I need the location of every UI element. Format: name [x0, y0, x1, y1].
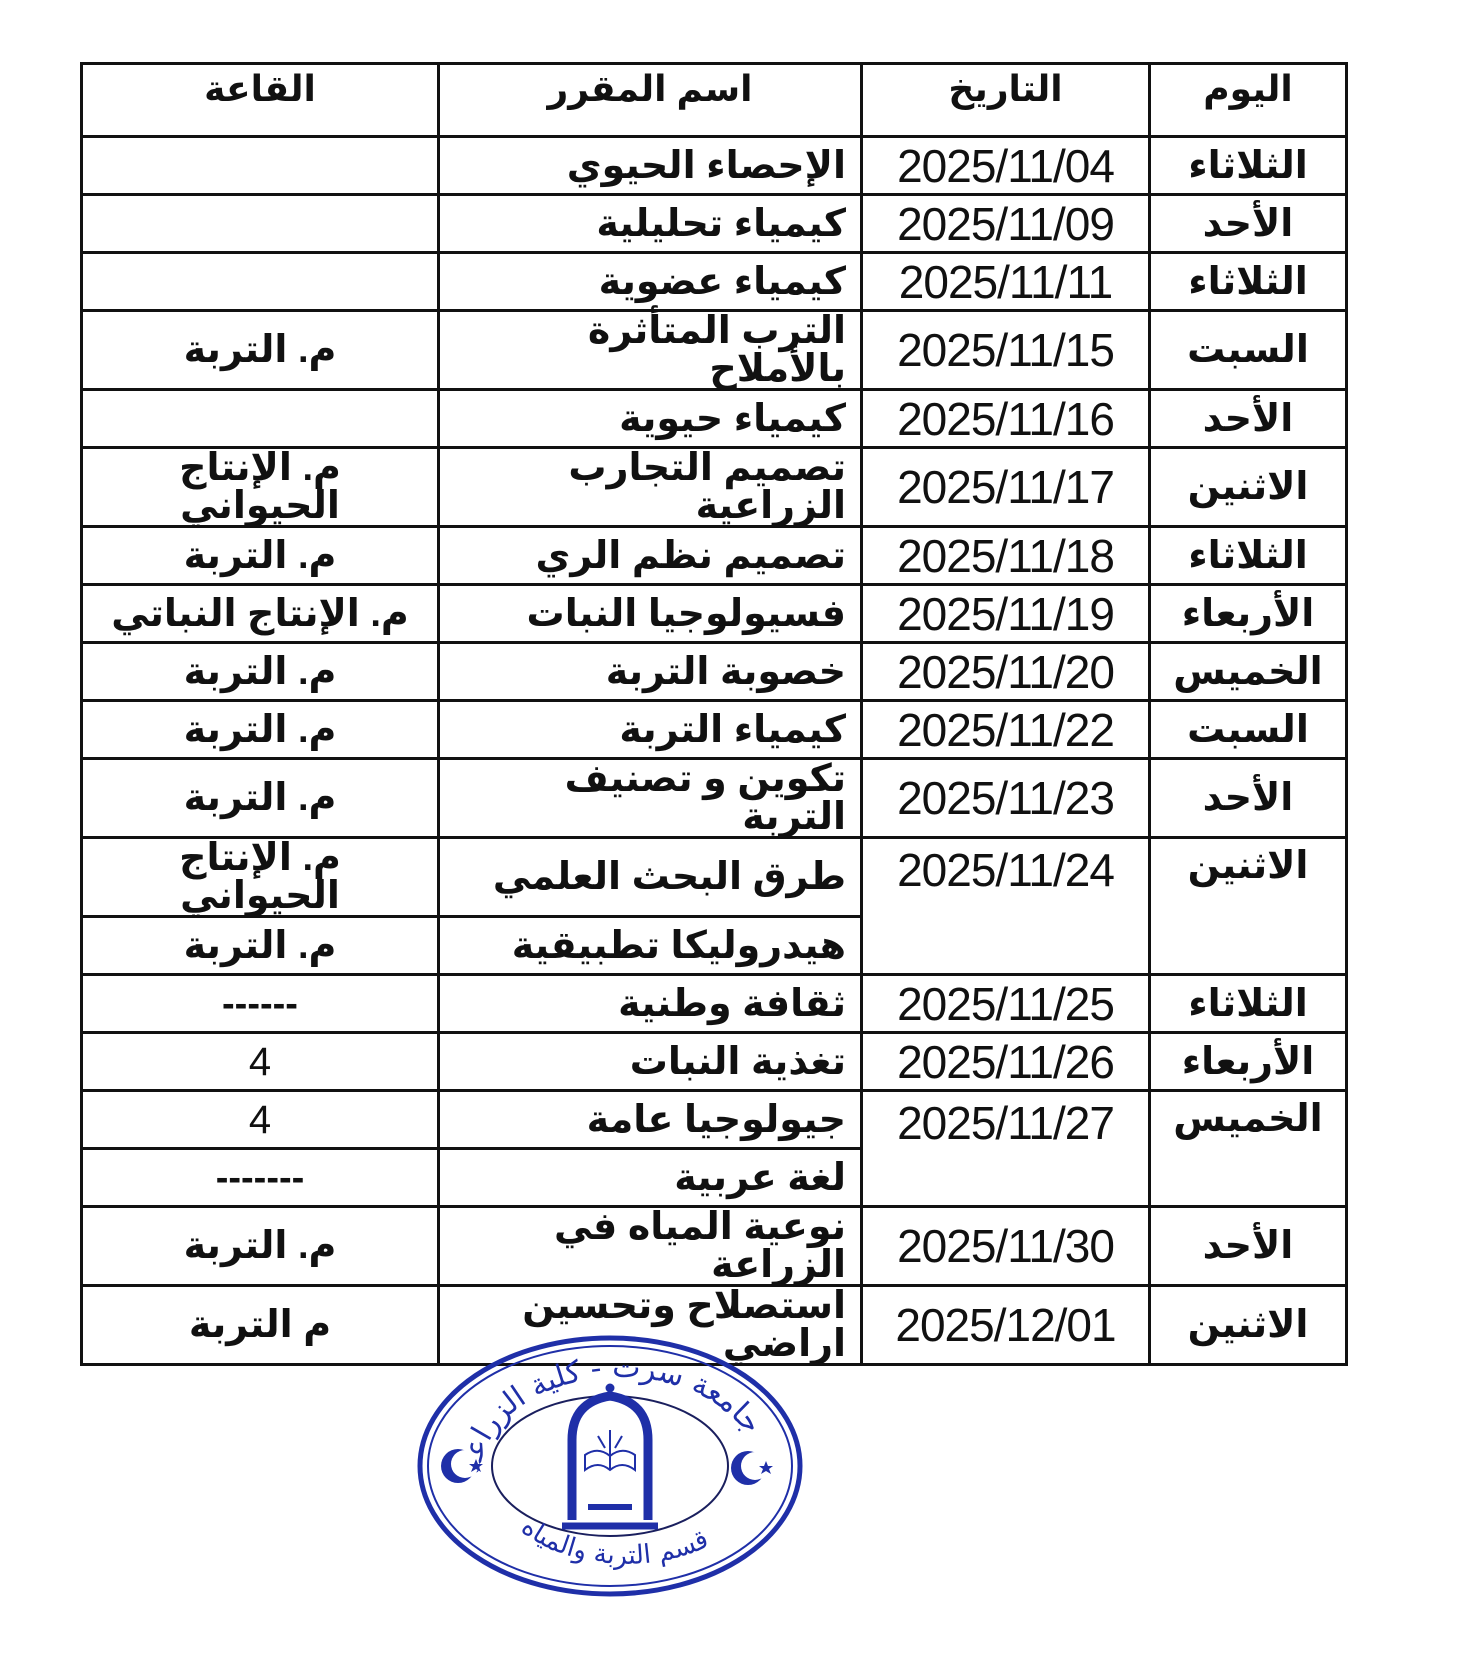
header-hall: القاعة [82, 64, 439, 137]
date-cell: 2025/11/26 [862, 1033, 1150, 1091]
course-cell: الترب المتأثرة بالأملاح [439, 311, 862, 390]
table-row: الاثنين 2025/11/24 طرق البحث العلمي م. ا… [82, 838, 1347, 917]
day-cell: الأحد [1150, 1207, 1347, 1286]
hall-cell: م. التربة [82, 759, 439, 838]
course-cell: تصميم نظم الري [439, 527, 862, 585]
table-row: الأحد 2025/11/09 كيمياء تحليلية [82, 195, 1347, 253]
date-cell: 2025/11/23 [862, 759, 1150, 838]
date-cell: 2025/11/17 [862, 448, 1150, 527]
day-cell: الأحد [1150, 390, 1347, 448]
table-row: الثلاثاء 2025/11/18 تصميم نظم الري م. ال… [82, 527, 1347, 585]
day-cell: السبت [1150, 311, 1347, 390]
hall-cell [82, 137, 439, 195]
course-cell: هيدروليكا تطبيقية [439, 917, 862, 975]
table-row: السبت 2025/11/22 كيمياء التربة م. التربة [82, 701, 1347, 759]
header-row: اليوم التاريخ اسم المقرر القاعة [82, 64, 1347, 137]
header-course: اسم المقرر [439, 64, 862, 137]
day-cell: الاثنين [1150, 448, 1347, 527]
table-row: الأحد 2025/11/23 تكوين و تصنيف التربة م.… [82, 759, 1347, 838]
hall-cell: م التربة [82, 1286, 439, 1365]
table-row: الثلاثاء 2025/11/04 الإحصاء الحيوي [82, 137, 1347, 195]
crescent-star-icon [731, 1451, 773, 1485]
hall-cell: م. التربة [82, 311, 439, 390]
table-row: الخميس 2025/11/20 خصوبة التربة م. التربة [82, 643, 1347, 701]
table-row: الأحد 2025/11/30 نوعية المياه في الزراعة… [82, 1207, 1347, 1286]
course-cell: فسيولوجيا النبات [439, 585, 862, 643]
date-cell: 2025/11/30 [862, 1207, 1150, 1286]
date-cell: 2025/11/11 [862, 253, 1150, 311]
hall-cell: م. الإنتاج الحيواني [82, 838, 439, 917]
course-cell: جيولوجيا عامة [439, 1091, 862, 1149]
date-cell: 2025/11/25 [862, 975, 1150, 1033]
hall-cell [82, 390, 439, 448]
stamp-seal-icon: جامعة سرت - كلية الزراعة قسم التربة والم… [410, 1330, 810, 1602]
header-day: اليوم [1150, 64, 1347, 137]
course-cell: خصوبة التربة [439, 643, 862, 701]
course-cell: تغذية النبات [439, 1033, 862, 1091]
hall-cell: م. التربة [82, 527, 439, 585]
hall-cell: 4 [82, 1033, 439, 1091]
date-cell: 2025/11/24 [862, 838, 1150, 975]
table-row: الأربعاء 2025/11/19 فسيولوجيا النبات م. … [82, 585, 1347, 643]
day-cell: الثلاثاء [1150, 975, 1347, 1033]
date-cell: 2025/11/20 [862, 643, 1150, 701]
hall-cell: ------- [82, 1149, 439, 1207]
hall-cell: م. التربة [82, 917, 439, 975]
exam-schedule-table: اليوم التاريخ اسم المقرر القاعة الثلاثاء… [80, 62, 1348, 1366]
day-cell: الاثنين [1150, 1286, 1347, 1365]
course-cell: تصميم التجارب الزراعية [439, 448, 862, 527]
day-cell: الثلاثاء [1150, 527, 1347, 585]
day-cell: الأربعاء [1150, 1033, 1347, 1091]
date-cell: 2025/11/22 [862, 701, 1150, 759]
hall-cell: م. التربة [82, 643, 439, 701]
day-cell: الخميس [1150, 1091, 1347, 1207]
hall-cell: م. الإنتاج النباتي [82, 585, 439, 643]
table-row: الأربعاء 2025/11/26 تغذية النبات 4 [82, 1033, 1347, 1091]
table-row: الاثنين 2025/11/17 تصميم التجارب الزراعي… [82, 448, 1347, 527]
table-row: الأحد 2025/11/16 كيمياء حيوية [82, 390, 1347, 448]
header-date: التاريخ [862, 64, 1150, 137]
day-cell: الثلاثاء [1150, 253, 1347, 311]
hall-cell: م. التربة [82, 701, 439, 759]
department-stamp: جامعة سرت - كلية الزراعة قسم التربة والم… [410, 1330, 810, 1602]
course-cell: كيمياء التربة [439, 701, 862, 759]
course-cell: تكوين و تصنيف التربة [439, 759, 862, 838]
day-cell: الخميس [1150, 643, 1347, 701]
day-cell: الأربعاء [1150, 585, 1347, 643]
date-cell: 2025/11/15 [862, 311, 1150, 390]
day-cell: السبت [1150, 701, 1347, 759]
day-cell: الاثنين [1150, 838, 1347, 975]
course-cell: طرق البحث العلمي [439, 838, 862, 917]
day-cell: الأحد [1150, 759, 1347, 838]
date-cell: 2025/11/16 [862, 390, 1150, 448]
hall-cell: م. الإنتاج الحيواني [82, 448, 439, 527]
date-cell: 2025/12/01 [862, 1286, 1150, 1365]
hall-cell: م. التربة [82, 1207, 439, 1286]
hall-cell [82, 195, 439, 253]
date-cell: 2025/11/04 [862, 137, 1150, 195]
table-row: الخميس 2025/11/27 جيولوجيا عامة 4 [82, 1091, 1347, 1149]
university-emblem-icon [562, 1384, 658, 1526]
date-cell: 2025/11/18 [862, 527, 1150, 585]
date-cell: 2025/11/19 [862, 585, 1150, 643]
hall-cell: 4 [82, 1091, 439, 1149]
hall-cell: ------ [82, 975, 439, 1033]
day-cell: الثلاثاء [1150, 137, 1347, 195]
course-cell: الإحصاء الحيوي [439, 137, 862, 195]
course-cell: لغة عربية [439, 1149, 862, 1207]
date-cell: 2025/11/27 [862, 1091, 1150, 1207]
table-row: الثلاثاء 2025/11/25 ثقافة وطنية ------ [82, 975, 1347, 1033]
date-cell: 2025/11/09 [862, 195, 1150, 253]
table-row: السبت 2025/11/15 الترب المتأثرة بالأملاح… [82, 311, 1347, 390]
exam-schedule-sheet: اليوم التاريخ اسم المقرر القاعة الثلاثاء… [80, 62, 1345, 1366]
course-cell: كيمياء حيوية [439, 390, 862, 448]
hall-cell [82, 253, 439, 311]
course-cell: ثقافة وطنية [439, 975, 862, 1033]
course-cell: نوعية المياه في الزراعة [439, 1207, 862, 1286]
day-cell: الأحد [1150, 195, 1347, 253]
course-cell: كيمياء تحليلية [439, 195, 862, 253]
table-row: الثلاثاء 2025/11/11 كيمياء عضوية [82, 253, 1347, 311]
course-cell: كيمياء عضوية [439, 253, 862, 311]
